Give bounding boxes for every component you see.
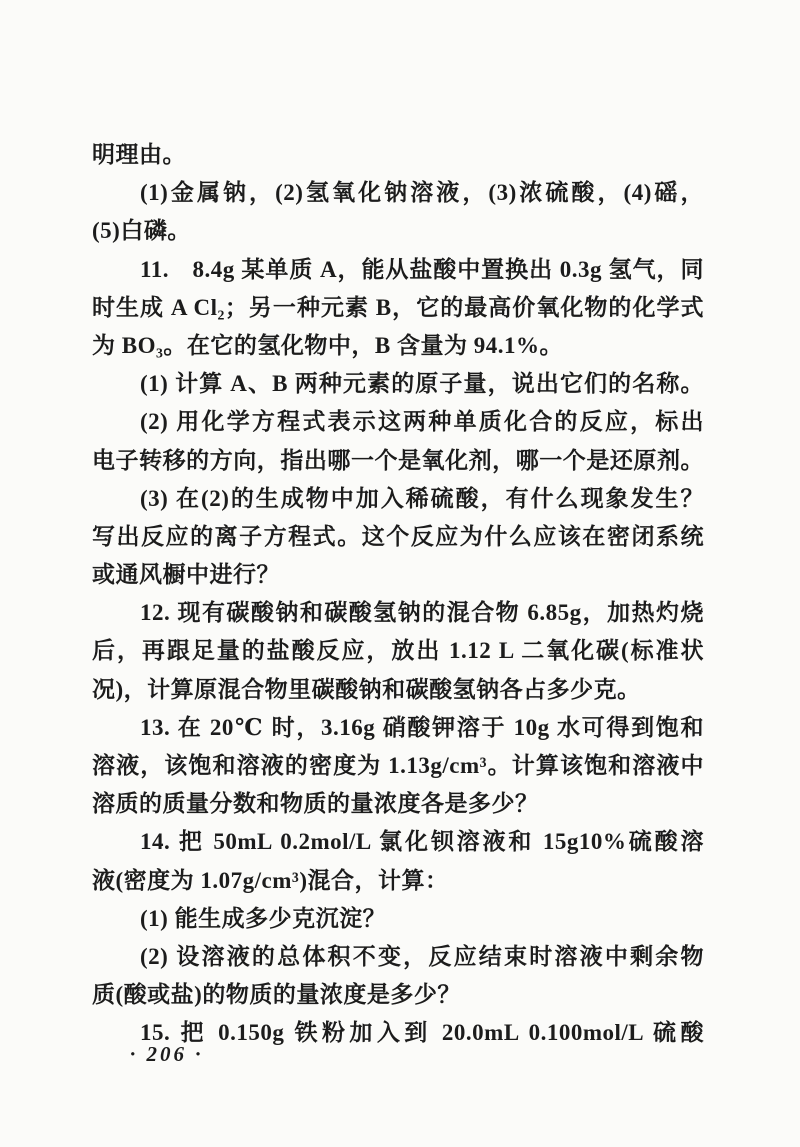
text-line: 溶质的质量分数和物质的量浓度各是多少？: [92, 785, 704, 823]
text-line: 13. 在 20℃ 时，3.16g 硝酸钾溶于 10g 水可得到饱和: [92, 709, 704, 747]
text-line: (2) 设溶液的总体积不变，反应结束时溶液中剩余物: [92, 938, 704, 976]
text-line: 况)，计算原混合物里碳酸钠和碳酸氢钠各占多少克。: [92, 671, 704, 709]
text-line: 溶液，该饱和溶液的密度为 1.13g/cm³。计算该饱和溶液中: [92, 747, 704, 785]
text-line: 明理由。: [92, 136, 704, 174]
text-line: 时生成 A Cl₂；另一种元素 B，它的最高价氧化物的化学式: [92, 289, 704, 327]
text-line: 或通风橱中进行？: [92, 556, 704, 594]
text-line: (5)白磷。: [92, 212, 704, 250]
text-line: 液(密度为 1.07g/cm³)混合，计算：: [92, 862, 704, 900]
text-line: (2) 用化学方程式表示这两种单质化合的反应，标出: [92, 403, 704, 441]
text-line: 写出反应的离子方程式。这个反应为什么应该在密闭系统: [92, 518, 704, 556]
text-line: 11. 8.4g 某单质 A，能从盐酸中置换出 0.3g 氢气，同: [92, 251, 704, 289]
text-line: 质(酸或盐)的物质的量浓度是多少？: [92, 976, 704, 1014]
page-number: · 206 ·: [130, 1042, 204, 1067]
text-line: (1)金属钠，(2)氢氧化钠溶液，(3)浓硫酸，(4)磘，: [92, 174, 704, 212]
text-block: 明理由。(1)金属钠，(2)氢氧化钠溶液，(3)浓硫酸，(4)磘，(5)白磷。1…: [92, 136, 704, 1053]
text-line: 14. 把 50mL 0.2mol/L 氯化钡溶液和 15g10%硫酸溶: [92, 823, 704, 861]
text-line: 为 BO₃。在它的氢化物中，B 含量为 94.1%。: [92, 327, 704, 365]
text-line: (1) 能生成多少克沉淀？: [92, 900, 704, 938]
text-line: 电子转移的方向，指出哪一个是氧化剂，哪一个是还原剂。: [92, 442, 704, 480]
text-line: 12. 现有碳酸钠和碳酸氢钠的混合物 6.85g，加热灼烧: [92, 594, 704, 632]
text-line: (1) 计算 A、B 两种元素的原子量，说出它们的名称。: [92, 365, 704, 403]
text-line: 后，再跟足量的盐酸反应，放出 1.12 L 二氧化碳(标准状: [92, 632, 704, 670]
text-line: (3) 在(2)的生成物中加入稀硫酸，有什么现象发生？: [92, 480, 704, 518]
scanned-textbook-page: 明理由。(1)金属钠，(2)氢氧化钠溶液，(3)浓硫酸，(4)磘，(5)白磷。1…: [0, 0, 800, 1147]
